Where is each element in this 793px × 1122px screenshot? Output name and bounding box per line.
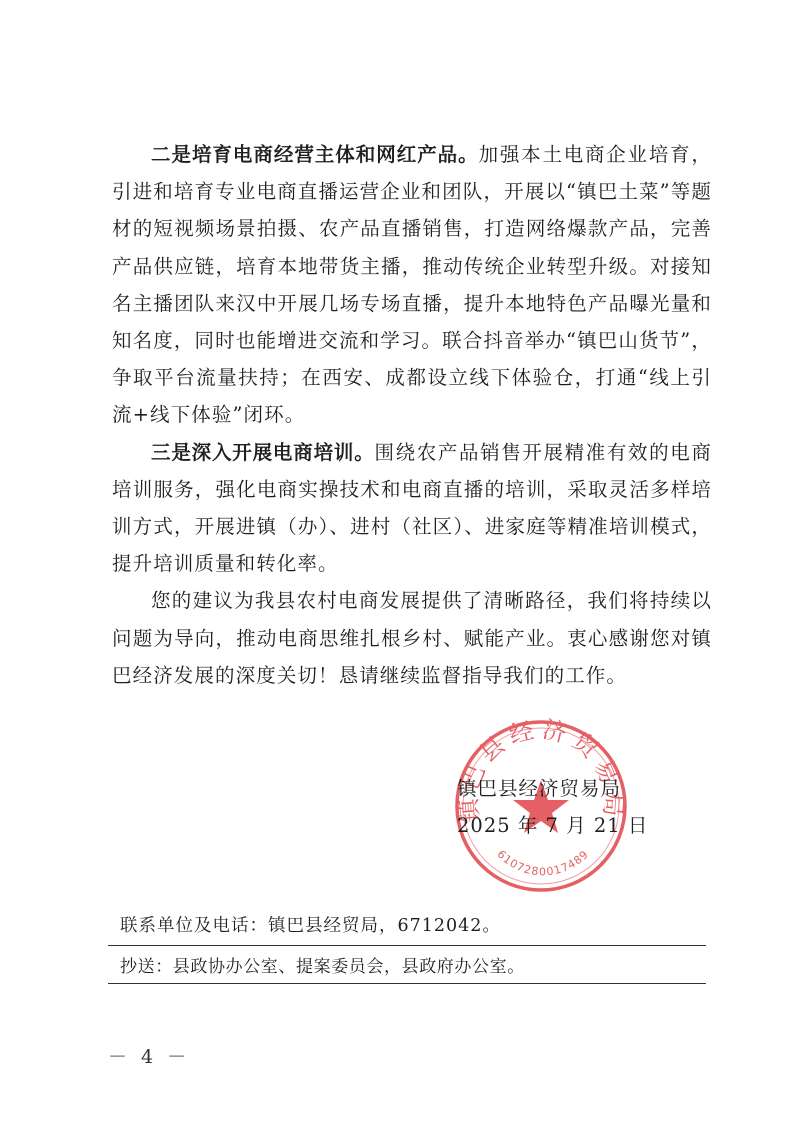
paragraph-ecommerce-training: 三是深入开展电商培训。围绕农产品销售开展精准有效的电商培训服务，强化电商实操技术… (112, 434, 712, 583)
page-number: － 4 － (108, 1042, 190, 1069)
paragraph-ecommerce-entities: 二是培育电商经营主体和网红产品。加强本土电商企业培育，引进和培育专业电商直播运营… (112, 136, 712, 434)
paragraph-lead: 二是培育电商经营主体和网红产品。 (151, 143, 479, 166)
signature-date: 2025 年 7 月 21 日 (457, 807, 648, 844)
letter-body: 二是培育电商经营主体和网红产品。加强本土电商企业培育，引进和培育专业电商直播运营… (112, 136, 712, 694)
document-page: 二是培育电商经营主体和网红产品。加强本土电商企业培育，引进和培育专业电商直播运营… (0, 0, 793, 1122)
paragraph-closing: 您的建议为我县农村电商发展提供了清晰路径，我们将持续以问题为导向，推动电商思维扎… (112, 582, 712, 694)
paragraph-lead: 三是深入开展电商培训。 (151, 441, 375, 464)
signature-organization: 镇巴县经济贸易局 (457, 770, 621, 807)
paragraph-text: 加强本土电商企业培育，引进和培育专业电商直播运营企业和团队，开展以“镇巴土菜”等… (112, 143, 712, 426)
divider-line (108, 945, 706, 946)
divider-line (108, 983, 706, 984)
paragraph-text: 您的建议为我县农村电商发展提供了清晰路径，我们将持续以问题为导向，推动电商思维扎… (112, 589, 712, 686)
svg-text:6107280017489: 6107280017489 (495, 848, 592, 879)
cc-list: 抄送：县政协办公室、提案委员会，县政府办公室。 (120, 952, 525, 977)
contact-info: 联系单位及电话：镇巴县经贸局，6712042。 (120, 912, 501, 937)
